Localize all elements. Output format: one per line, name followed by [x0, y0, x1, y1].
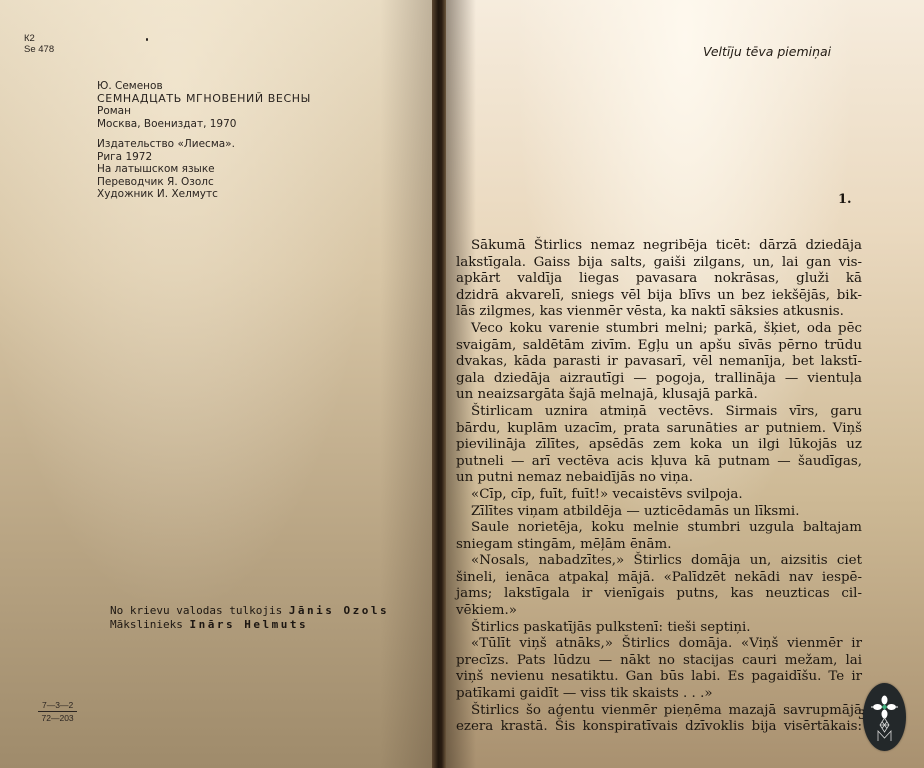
artist-credit: Mākslinieks Inārs Helmuts: [110, 618, 389, 632]
book-gutter: [432, 0, 446, 768]
catalog-code-line: К2: [24, 33, 54, 44]
order-code: 7—3—2 72—203: [38, 700, 77, 723]
text-line: bārdu, kuplām uzacīm, prata sarunāties a…: [456, 421, 862, 438]
text-line: jams; lakstīgala ir vienīgais putns, kas…: [456, 586, 862, 603]
text-line: Zīlītes viņam atbildēja — uzticēdamās un…: [456, 504, 862, 521]
text-line: patīkami gaidīt — viss tik skaists . . .…: [456, 686, 862, 703]
watermark-badge: [863, 683, 906, 751]
text-line: «Tūlīt viņš atnāks,» Štirlics domāja. «V…: [456, 636, 862, 653]
text-line: precīzs. Pats lūdzu — nākt no stacijas c…: [456, 653, 862, 670]
book-spread: К2 Se 478 Ю. СеменовСЕМНАДЦАТЬ МГНОВЕНИЙ…: [0, 0, 924, 768]
text-line: Saule norietēja, koku melnie stumbri uzg…: [456, 520, 862, 537]
imprint-block: Ю. СеменовСЕМНАДЦАТЬ МГНОВЕНИЙ ВЕСНЫРома…: [97, 80, 311, 201]
text-line: gala dziedāja aizrautīgi — pogoja, trall…: [456, 371, 862, 388]
imprint-line: Переводчик Я. Озолс: [97, 176, 311, 189]
imprint-line: Ю. Семенов: [97, 80, 311, 93]
text-line: Štirlics šo aģentu vienmēr pieņēma mazaj…: [456, 703, 862, 720]
text-line: pievilināja zīlītes, apsēdās zem koka un…: [456, 437, 862, 454]
text-line: Veco koku varenie stumbri melni; parkā, …: [456, 321, 862, 338]
translator-name: Jānis Ozols: [289, 604, 389, 617]
imprint-line: Рига 1972: [97, 151, 311, 164]
text-line: dvakas, kāda parasti ir pavasarī, vēl ne…: [456, 354, 862, 371]
text-line: sniegam stingām, mēļām ēnām.: [456, 537, 862, 554]
text-line: apkārt valdīja liegas pavasara nokrāsas,…: [456, 271, 862, 288]
text-line: Sākumā Štirlics nemaz negribēja ticēt: d…: [456, 238, 862, 255]
translator-credit: No krievu valodas tulkojis Jānis Ozols: [110, 604, 389, 618]
text-line: ezera krastā. Šis konspiratīvais dzīvokl…: [456, 719, 862, 736]
text-line: lakstīgala. Gaiss bija salts, gaiši zilg…: [456, 255, 862, 272]
imprint-line: Роман: [97, 105, 311, 118]
chapter-number: 1.: [838, 192, 852, 207]
imprint-line: На латышском языке: [97, 163, 311, 176]
flower-monogram-icon: [863, 683, 906, 751]
text-line: Štirlicam uznira atmiņā vectēvs. Sirmais…: [456, 404, 862, 421]
text-line: viņš nevienu nesatiktu. Gan būs labi. Es…: [456, 669, 862, 686]
dedication: Veltīju tēva piemiņai: [703, 44, 831, 59]
translator-label: No krievu valodas tulkojis: [110, 604, 282, 617]
text-line: «Cīp, cīp, fuīt, fuīt!» vecaistēvs svilp…: [456, 487, 862, 504]
imprint-line: Издательство «Лиесма».: [97, 138, 311, 151]
text-line: svaigām, saldētām zivīm. Egļu un apšu sī…: [456, 338, 862, 355]
text-line: un neaizsargāta šajā melnajā, klusajā pa…: [456, 387, 862, 404]
text-line: Štirlics paskatījās pulkstenī: tieši sep…: [456, 620, 862, 637]
imprint-line: Москва, Воениздат, 1970: [97, 118, 311, 131]
catalog-code-line: Se 478: [24, 44, 54, 55]
left-page: К2 Se 478 Ю. СеменовСЕМНАДЦАТЬ МГНОВЕНИЙ…: [0, 0, 440, 768]
text-line: dzidrā akvarelī, sniegs vēl bija blīvs u…: [456, 288, 862, 305]
imprint-line: СЕМНАДЦАТЬ МГНОВЕНИЙ ВЕСНЫ: [97, 93, 311, 106]
chapter-body-text: Sākumā Štirlics nemaz negribēja ticēt: d…: [456, 238, 862, 736]
text-line: lās zilgmes, kas vienmēr vēsta, ka naktī…: [456, 304, 862, 321]
text-line: putneli — arī vectēva acis kļuva kā putn…: [456, 454, 862, 471]
order-code-bottom: 72—203: [38, 712, 77, 723]
credits-block: No krievu valodas tulkojis Jānis Ozols M…: [110, 604, 389, 631]
catalog-code: К2 Se 478: [24, 33, 54, 55]
text-line: šineli, ienāca atpakaļ mājā. «Palīdzēt n…: [456, 570, 862, 587]
imprint-line: Художник И. Хелмутс: [97, 188, 311, 201]
text-line: un putni nemaz nebaidījās no viņa.: [456, 470, 862, 487]
artist-name: Inārs Helmuts: [189, 618, 308, 631]
text-line: vēkiem.»: [456, 603, 862, 620]
order-code-top: 7—3—2: [38, 700, 77, 712]
ink-speck: [146, 38, 148, 41]
artist-label: Mākslinieks: [110, 618, 183, 631]
text-line: «Nosals, nabadzītes,» Štirlics domāja un…: [456, 553, 862, 570]
